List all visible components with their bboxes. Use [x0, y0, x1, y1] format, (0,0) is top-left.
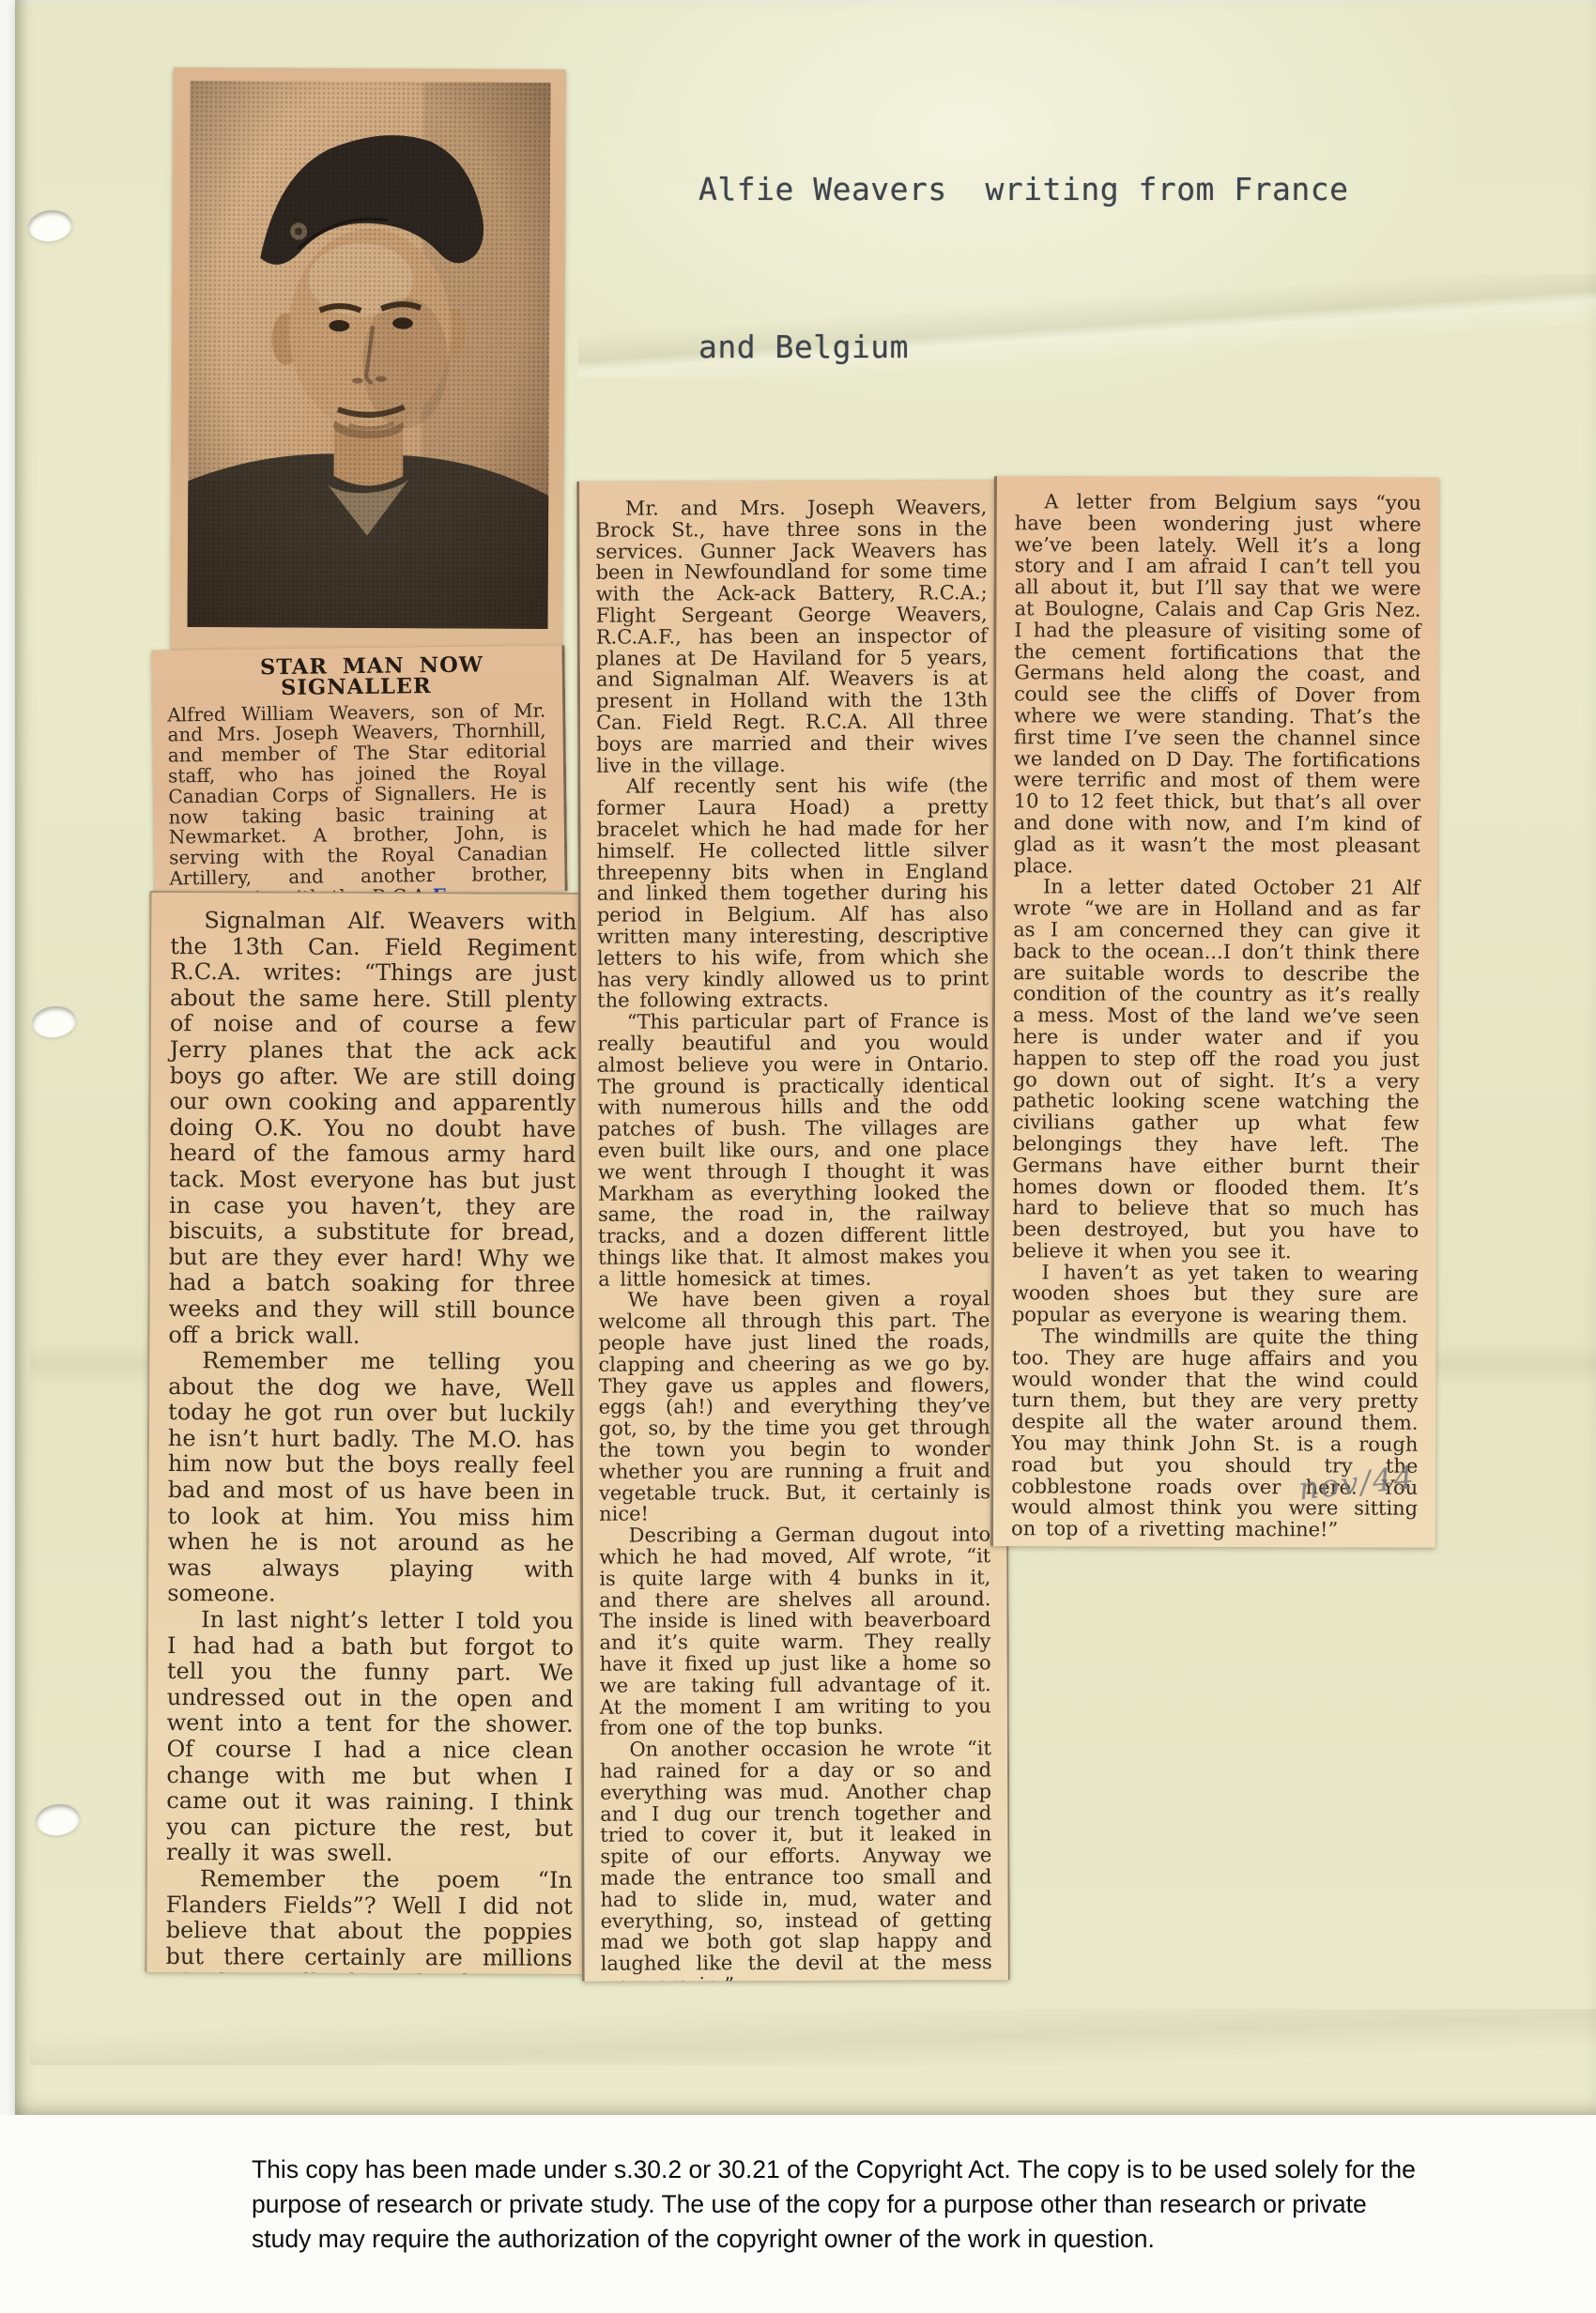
page-crease	[30, 2009, 1596, 2065]
caption-body: Alfred William Weavers, son of Mr. and M…	[167, 700, 548, 896]
news-paragraph: Remember the poem “In Flanders Fields”? …	[165, 1866, 573, 1974]
news-paragraph: On another occasion he wrote “it had rai…	[600, 1738, 992, 1981]
news-paragraph: Signalman Alf. Weavers with the 13th Can…	[168, 908, 576, 1350]
typed-title-line2: and Belgium	[698, 329, 909, 365]
news-paragraph: Alf recently sent his wife (the former L…	[596, 775, 989, 1012]
right-column-clipping: A letter from Belgium says “you have bee…	[990, 476, 1439, 1548]
news-paragraph: In last night’s letter I told you I had …	[166, 1607, 574, 1868]
halftone-texture	[188, 81, 551, 629]
news-paragraph: In a letter dated October 21 Alf wrote “…	[1012, 877, 1420, 1264]
news-paragraph: A letter from Belgium says “you have bee…	[1014, 491, 1421, 878]
caption-text: Alfred William Weavers, son of Mr. and M…	[167, 698, 547, 896]
scanner-margin-bottom: This copy has been made under s.30.2 or …	[0, 2115, 1596, 2313]
caption-clipping: STAR MAN NOW SIGNALLER Alfred William We…	[151, 645, 567, 896]
typed-title-line1: Alfie Weavers writing from France	[698, 171, 1349, 207]
news-paragraph: We have been given a royal welcome all t…	[598, 1289, 990, 1525]
news-paragraph: Describing a German dugout into which he…	[599, 1524, 991, 1739]
typed-title: Alfie Weavers writing from France and Be…	[698, 150, 1349, 387]
news-paragraph: Mr. and Mrs. Joseph Weavers, Brock St., …	[595, 497, 988, 776]
caption-heading: STAR MAN NOW SIGNALLER	[167, 655, 546, 701]
photo-clipping	[170, 68, 565, 651]
news-paragraph: Remember me telling you about the dog we…	[167, 1348, 575, 1609]
news-paragraph: I haven’t as yet taken to wearing wooden…	[1012, 1262, 1419, 1327]
news-paragraph: “This particular part of France is reall…	[597, 1010, 990, 1290]
news-paragraph: The windmills are quite the thing too. T…	[1011, 1325, 1419, 1540]
middle-column-clipping: Mr. and Mrs. Joseph Weavers, Brock St., …	[576, 480, 1010, 1982]
soldier-portrait-photo	[188, 81, 551, 629]
copyright-notice: This copy has been made under s.30.2 or …	[252, 2152, 1433, 2257]
left-column-clipping: Signalman Alf. Weavers with the 13th Can…	[145, 891, 598, 1974]
